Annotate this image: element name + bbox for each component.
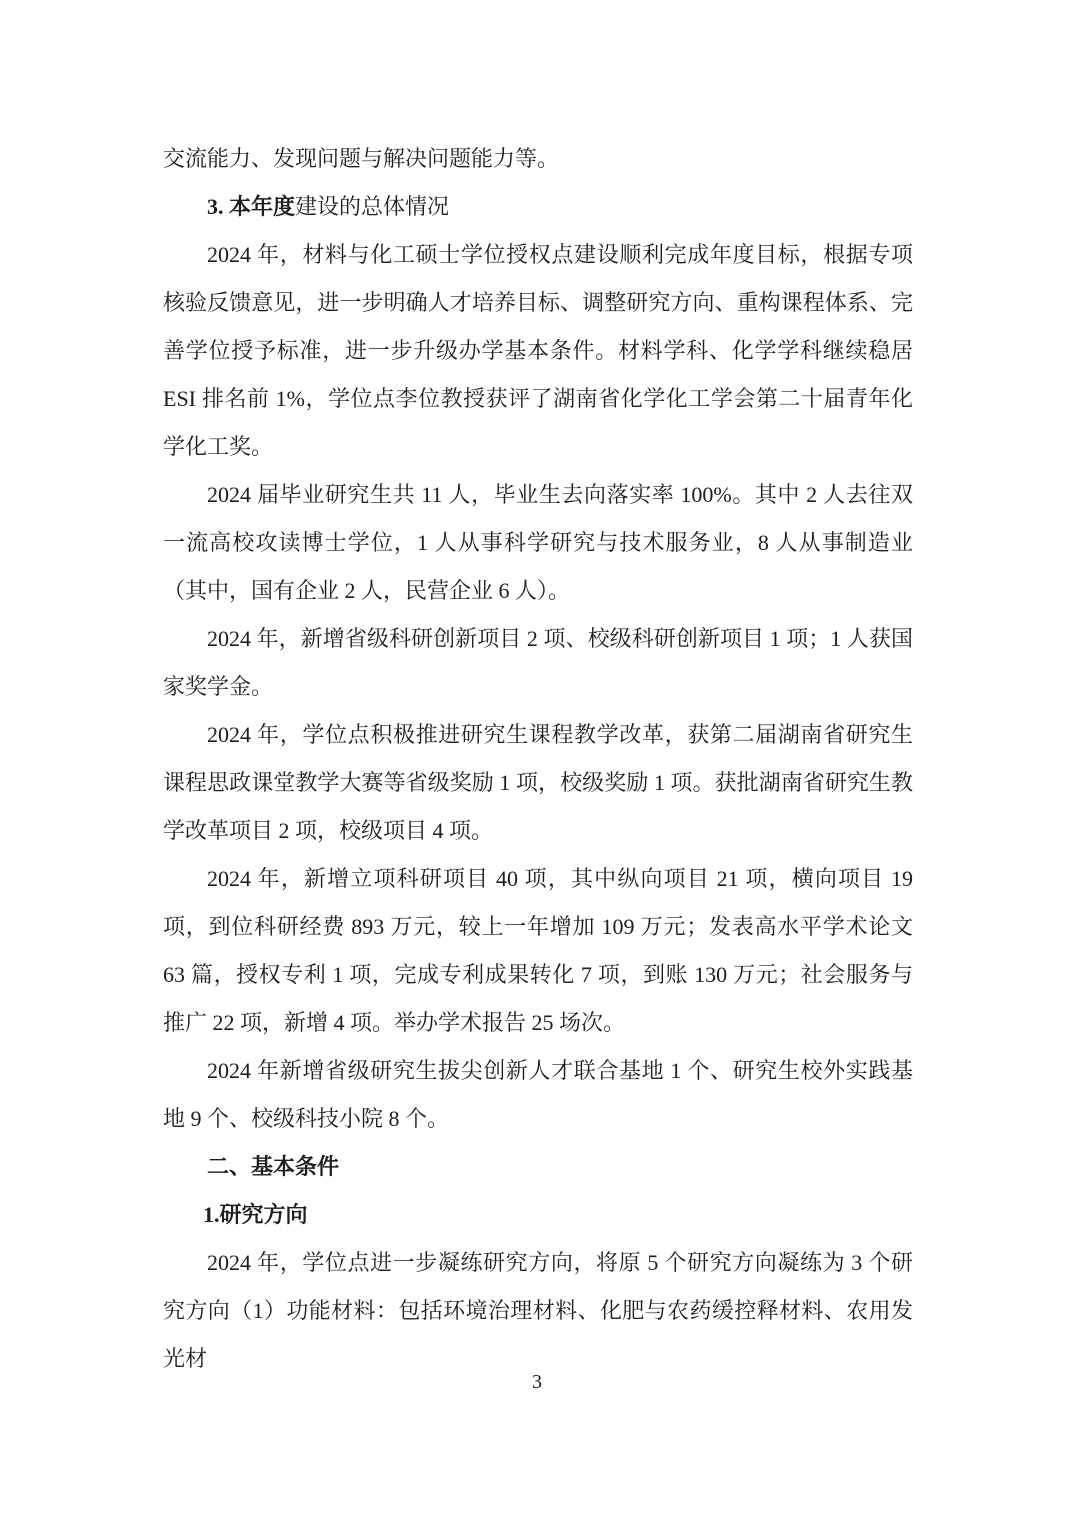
page-number: 3 bbox=[0, 1368, 1074, 1396]
heading-annual-overview-bold: 3. 本年度 bbox=[207, 194, 295, 219]
paragraph-intro-tail: 交流能力、发现问题与解决问题能力等。 bbox=[163, 135, 913, 183]
heading-basic-conditions: 二、基本条件 bbox=[163, 1143, 913, 1191]
heading-annual-overview-rest: 建设的总体情况 bbox=[295, 194, 449, 219]
paragraph-research-directions: 2024 年，学位点进一步凝练研究方向，将原 5 个研究方向凝练为 3 个研究方… bbox=[163, 1239, 913, 1383]
paragraph-teaching-reform: 2024 年，学位点积极推进研究生课程教学改革，获第二届湖南省研究生课程思政课堂… bbox=[163, 711, 913, 855]
paragraph-overview: 2024 年，材料与化工硕士学位授权点建设顺利完成年度目标，根据专项核验反馈意见… bbox=[163, 231, 913, 471]
paragraph-graduates: 2024 届毕业研究生共 11 人，毕业生去向落实率 100%。其中 2 人去往… bbox=[163, 471, 913, 615]
heading-research-directions: 1.研究方向 bbox=[163, 1191, 913, 1239]
paragraph-innovation-projects: 2024 年，新增省级科研创新项目 2 项、校级科研创新项目 1 项；1 人获国… bbox=[163, 615, 913, 711]
paragraph-research-funding: 2024 年，新增立项科研项目 40 项，其中纵向项目 21 项，横向项目 19… bbox=[163, 855, 913, 1047]
paragraph-practice-bases: 2024 年新增省级研究生拔尖创新人才联合基地 1 个、研究生校外实践基地 9 … bbox=[163, 1047, 913, 1143]
document-page: 交流能力、发现问题与解决问题能力等。 3. 本年度建设的总体情况 2024 年，… bbox=[0, 0, 1074, 1520]
heading-annual-overview: 3. 本年度建设的总体情况 bbox=[163, 183, 913, 231]
